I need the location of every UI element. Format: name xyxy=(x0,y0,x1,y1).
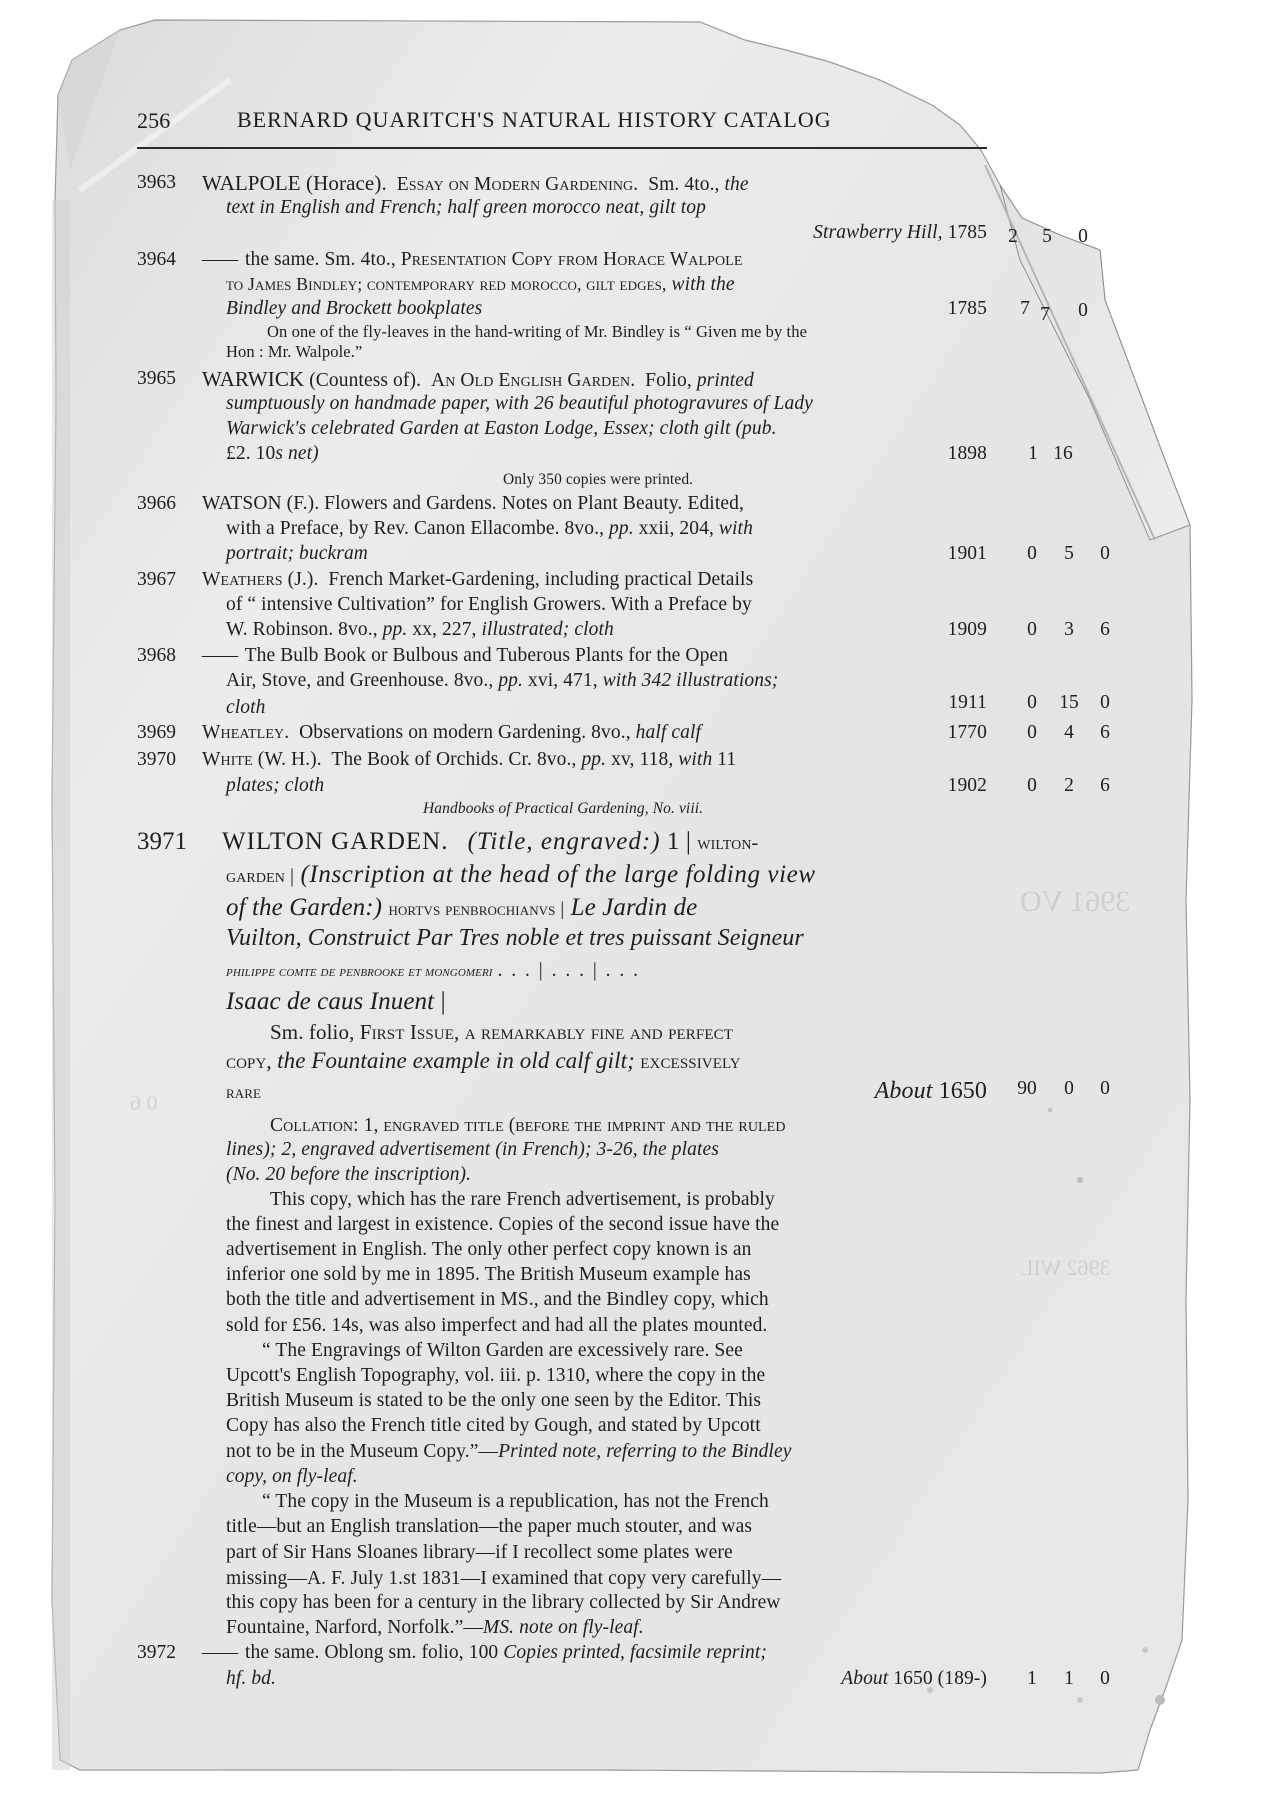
year: 1785 xyxy=(948,222,987,243)
para-line: Copy has also the French title cited by … xyxy=(226,1415,761,1437)
price-pounds: 0 xyxy=(1017,722,1047,744)
entry-number: 3963 xyxy=(137,172,176,194)
entry-line: £2. 10s net) xyxy=(226,443,319,465)
entry-number: 3969 xyxy=(137,722,176,744)
para-line: Upcott's English Topography, vol. iii. p… xyxy=(226,1365,765,1387)
entry-number: 3967 xyxy=(137,569,176,591)
entry-note: Handbooks of Practical Gardening, No. vi… xyxy=(423,800,703,818)
entry-line: plates; cloth xyxy=(226,775,324,797)
para-line: Fountaine, Narford, Norfolk.”—MS. note o… xyxy=(226,1617,644,1639)
price-shillings: 0 xyxy=(1054,1078,1084,1100)
price-pence: 6 xyxy=(1090,619,1120,641)
entry-line: of the Garden:) hortvs penbrochianvs | L… xyxy=(226,894,697,924)
collation-line: Collation: 1, engraved title (before the… xyxy=(270,1115,786,1137)
entry-note: On one of the fly-leaves in the hand-wri… xyxy=(267,322,807,342)
collation-line: (No. 20 before the inscription). xyxy=(226,1164,471,1186)
para-line: This copy, which has the rare French adv… xyxy=(270,1189,775,1211)
format: Sm. 4to., xyxy=(648,174,719,195)
year: 1898 xyxy=(900,443,987,465)
price-shillings: 1 xyxy=(1054,1668,1084,1690)
price-shillings: 3 xyxy=(1054,619,1084,641)
entry-line: of “ intensive Cultivation” for English … xyxy=(226,594,752,616)
price-shillings: 5 xyxy=(1032,226,1062,248)
price-shillings: 5 xyxy=(1054,543,1084,565)
bleed-through-text: 3962 WIL xyxy=(1020,1255,1111,1281)
title: Essay on Modern Gardening. xyxy=(397,174,639,195)
entry-line: WARWICK (Countess of). An Old English Ga… xyxy=(202,368,754,392)
page-number: 256 xyxy=(137,110,170,132)
entry-number: 3965 xyxy=(137,368,176,390)
year: 1650 xyxy=(939,1078,987,1104)
entry-line: White (W. H.). The Book of Orchids. Cr. … xyxy=(202,749,736,771)
author: WALPOLE (Horace). xyxy=(202,171,387,195)
price-pounds: 0 xyxy=(1017,619,1047,641)
price-pence: 0 xyxy=(1090,1668,1120,1690)
para-line: the finest and largest in existence. Cop… xyxy=(226,1214,779,1236)
para-line: advertisement in English. The only other… xyxy=(226,1239,751,1261)
entry-imprint: Strawberry Hill, 1785 xyxy=(600,222,987,244)
price-shillings: 4 xyxy=(1054,722,1084,744)
para-line: missing—A. F. July 1.st 1831—I examined … xyxy=(226,1568,781,1590)
entry-note: Only 350 copies were printed. xyxy=(503,471,693,489)
entry-number: 3968 xyxy=(137,645,176,667)
entry-line: portrait; buckram xyxy=(226,543,368,565)
entry-line: philippe comte de penbrooke et mongomeri… xyxy=(226,960,640,983)
para-line: sold for £56. 14s, was also imperfect an… xyxy=(226,1315,767,1337)
para-line: inferior one sold by me in 1895. The Bri… xyxy=(226,1264,751,1286)
price-pounds: 0 xyxy=(1017,775,1047,797)
price-pounds: 90 xyxy=(1007,1078,1047,1100)
bleed-through-text: 0 6 xyxy=(130,1090,158,1116)
entry-line: text in English and French; half green m… xyxy=(226,197,706,219)
price-pounds: 1 xyxy=(1018,443,1048,465)
price-pence: 0 xyxy=(1068,300,1098,322)
entry-imprint: About 1650 (189-) xyxy=(700,1668,987,1690)
price-pence: 0 xyxy=(1090,543,1120,565)
year: 1909 xyxy=(900,619,987,641)
entry-line: cloth xyxy=(226,697,266,719)
year: 1650 (189-) xyxy=(893,1668,987,1689)
entry-line: —— the same. Sm. 4to., Presentation Copy… xyxy=(202,249,743,271)
para-line: title—but an English translation—the pap… xyxy=(226,1516,752,1538)
price-shillings: 15 xyxy=(1054,692,1084,714)
entry-number: 3971 xyxy=(137,828,187,856)
entry-number: 3964 xyxy=(137,249,176,271)
para-line: “ The Engravings of Wilton Garden are ex… xyxy=(262,1340,743,1362)
entry-imprint: About 1650 xyxy=(780,1078,987,1104)
entry-line: —— The Bulb Book or Bulbous and Tuberous… xyxy=(202,645,728,667)
para-line: this copy has been for a century in the … xyxy=(226,1592,781,1614)
entry-line: Warwick's celebrated Garden at Easton Lo… xyxy=(226,418,777,440)
year: 1785 xyxy=(900,298,987,320)
entry-number: 3966 xyxy=(137,493,176,515)
price-pence: 6 xyxy=(1090,722,1120,744)
price-pence: 6 xyxy=(1090,775,1120,797)
entry-line: garden | (Inscription at the head of the… xyxy=(226,861,816,890)
year: 1902 xyxy=(900,775,987,797)
running-title: BERNARD QUARITCH'S NATURAL HISTORY CATAL… xyxy=(237,109,972,131)
year: 1901 xyxy=(900,543,987,565)
price-shillings: 16 xyxy=(1048,443,1078,465)
entry-line: WATSON (F.). Flowers and Gardens. Notes … xyxy=(202,493,744,515)
para-line: both the title and advertisement in MS.,… xyxy=(226,1289,769,1311)
year: 1770 xyxy=(900,722,987,744)
entry-line: WALPOLE (Horace). Essay on Modern Garden… xyxy=(202,172,749,196)
entry-line: sumptuously on handmade paper, with 26 b… xyxy=(226,393,813,415)
price-pounds: 2 xyxy=(998,226,1028,248)
entry-line: Sm. folio, First Issue, a remarkably fin… xyxy=(270,1021,733,1043)
price-shillings: 2 xyxy=(1054,775,1084,797)
entry-line: W. Robinson. 8vo., pp. xx, 227, illustra… xyxy=(226,619,614,641)
entry-line: Air, Stove, and Greenhouse. 8vo., pp. xv… xyxy=(226,670,778,692)
entry-line: WILTON GARDEN. (Title, engraved:) 1 | wi… xyxy=(222,828,758,857)
collation-line: lines); 2, engraved advertisement (in Fr… xyxy=(226,1139,719,1161)
para-line: part of Sir Hans Sloanes library—if I re… xyxy=(226,1542,733,1564)
price-pounds: 0 xyxy=(1017,543,1047,565)
para-line: British Museum is stated to be the only … xyxy=(226,1390,761,1412)
para-line: copy, on fly-leaf. xyxy=(226,1466,358,1488)
entry-note: Hon : Mr. Walpole.” xyxy=(226,342,362,362)
price-pounds: 0 xyxy=(1017,692,1047,714)
entry-line: to James Bindley; contemporary red moroc… xyxy=(226,273,735,296)
entry-line: —— the same. Oblong sm. folio, 100 Copie… xyxy=(202,1642,767,1664)
entry-line: rare xyxy=(226,1082,261,1104)
price-pounds: 1 xyxy=(1017,1668,1047,1690)
year: 1911 xyxy=(900,692,987,714)
price-pence: 0 xyxy=(1090,692,1120,714)
header-rule xyxy=(137,147,987,149)
entry-line: Bindley and Brockett bookplates xyxy=(226,298,482,320)
price-shillings: 7 xyxy=(1030,304,1060,326)
entry-line: Weathers (J.). French Market-Gardening, … xyxy=(202,569,753,591)
para-line: “ The copy in the Museum is a republicat… xyxy=(262,1491,769,1513)
entry-number: 3972 xyxy=(137,1642,176,1664)
para-line: not to be in the Museum Copy.”—Printed n… xyxy=(226,1441,791,1463)
entry-line: Wheatley. Observations on modern Gardeni… xyxy=(202,722,701,744)
entry-line: Isaac de caus Inuent | xyxy=(226,988,446,1016)
entry-line: hf. bd. xyxy=(226,1668,276,1690)
price-pence: 0 xyxy=(1090,1078,1120,1100)
price-pence: 0 xyxy=(1068,226,1098,248)
entry-number: 3970 xyxy=(137,749,176,771)
entry-line: with a Preface, by Rev. Canon Ellacombe.… xyxy=(226,518,753,540)
bleed-through-text: 3961 VO xyxy=(1020,885,1130,919)
entry-line: copy, the Fountaine example in old calf … xyxy=(226,1050,741,1072)
entry-line: Vuilton, Construict Par Tres noble et tr… xyxy=(226,924,804,952)
